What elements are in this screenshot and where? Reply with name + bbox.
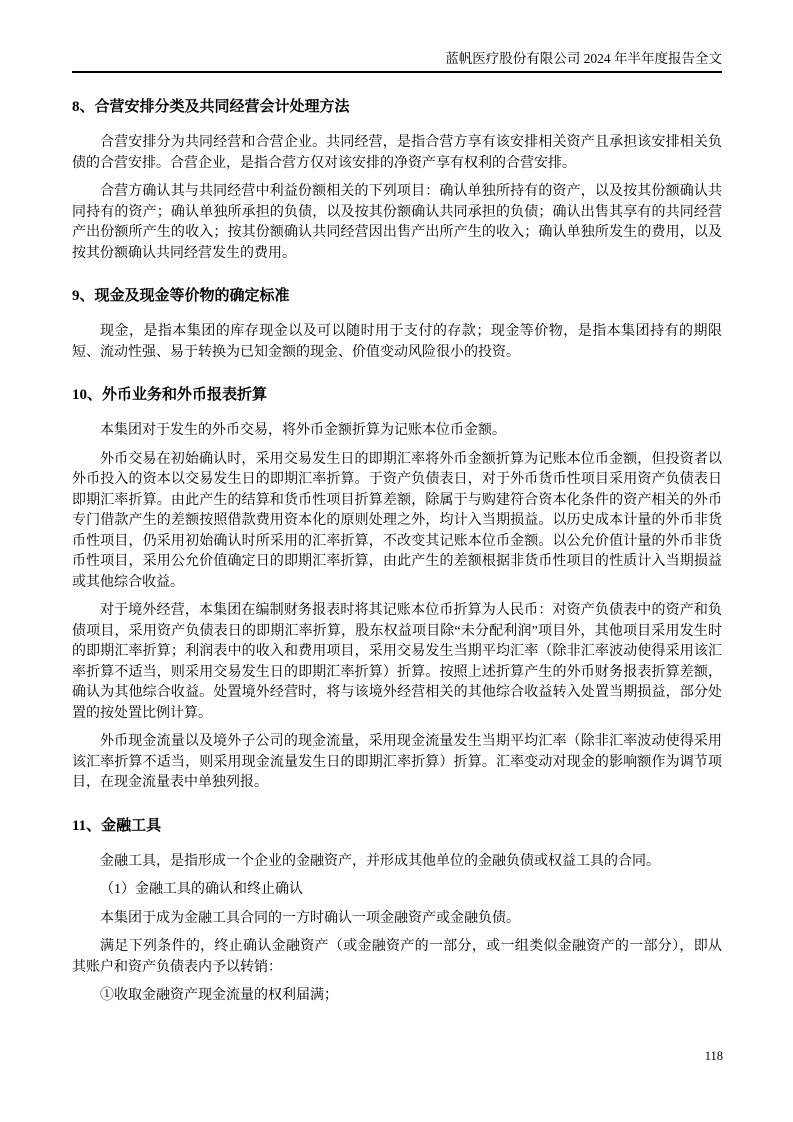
paragraph: ①收取金融资产现金流量的权利届满； bbox=[72, 986, 722, 1007]
page-number: 118 bbox=[705, 1049, 723, 1063]
paragraph: 本集团于成为金融工具合同的一方时确认一项金融资产或金融负债。 bbox=[72, 909, 722, 930]
header-title: 蓝帆医疗股份有限公司 2024 年半年度报告全文 bbox=[445, 51, 722, 66]
section-heading: 11、金融工具 bbox=[72, 816, 722, 836]
paragraph: 现金，是指本集团的库存现金以及可以随时用于支付的存款；现金等价物，是指本集团持有… bbox=[72, 322, 722, 363]
page-footer: 118 bbox=[705, 1049, 723, 1064]
report-section: 11、金融工具金融工具，是指形成一个企业的金融资产，并形成其他单位的金融负债或权… bbox=[72, 816, 722, 1007]
paragraph: 金融工具，是指形成一个企业的金融资产，并形成其他单位的金融负债或权益工具的合同。 bbox=[72, 852, 722, 873]
paragraph: 外币现金流量以及境外子公司的现金流量，采用现金流量发生当期平均汇率（除非汇率波动… bbox=[72, 732, 722, 794]
paragraph: （1）金融工具的确认和终止确认 bbox=[72, 880, 722, 901]
paragraph: 满足下列条件的，终止确认金融资产（或金融资产的一部分，或一组类似金融资产的一部分… bbox=[72, 937, 722, 978]
section-heading: 8、合营安排分类及共同经营会计处理方法 bbox=[72, 97, 722, 117]
paragraph: 外币交易在初始确认时，采用交易发生日的即期汇率将外币金额折算为记账本位币金额，但… bbox=[72, 450, 722, 594]
report-section: 9、现金及现金等价物的确定标准现金，是指本集团的库存现金以及可以随时用于支付的存… bbox=[72, 286, 722, 363]
document-content: 8、合营安排分类及共同经营会计处理方法合营安排分为共同经营和合营企业。共同经营，… bbox=[72, 73, 722, 1007]
paragraph: 本集团对于发生的外币交易，将外币金额折算为记账本位币金额。 bbox=[72, 421, 722, 442]
paragraph: 对于境外经营，本集团在编制财务报表时将其记账本位币折算为人民币：对资产负债表中的… bbox=[72, 601, 722, 724]
paragraph: 合营方确认其与共同经营中利益份额相关的下列项目：确认单独所持有的资产，以及按其份… bbox=[72, 182, 722, 264]
page-header: 蓝帆医疗股份有限公司 2024 年半年度报告全文 bbox=[72, 50, 722, 73]
section-heading: 10、外币业务和外币报表折算 bbox=[72, 385, 722, 405]
document-page: 蓝帆医疗股份有限公司 2024 年半年度报告全文 8、合营安排分类及共同经营会计… bbox=[0, 0, 793, 1122]
paragraph: 合营安排分为共同经营和合营企业。共同经营，是指合营方享有该安排相关资产且承担该安… bbox=[72, 133, 722, 174]
section-heading: 9、现金及现金等价物的确定标准 bbox=[72, 286, 722, 306]
report-section: 10、外币业务和外币报表折算本集团对于发生的外币交易，将外币金额折算为记账本位币… bbox=[72, 385, 722, 794]
report-section: 8、合营安排分类及共同经营会计处理方法合营安排分为共同经营和合营企业。共同经营，… bbox=[72, 97, 722, 264]
